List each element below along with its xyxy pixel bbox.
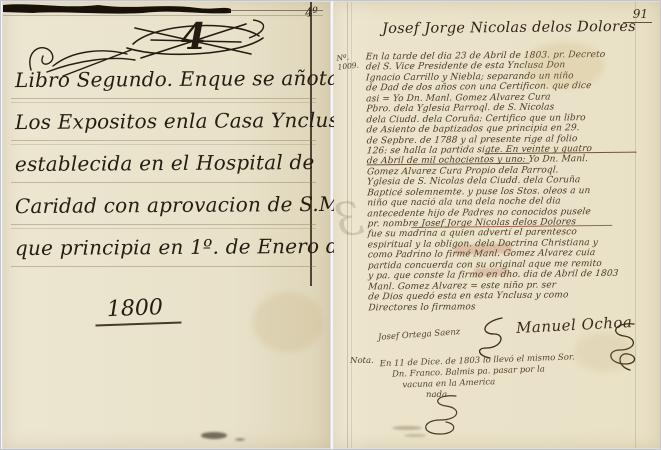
manuscript-line: Directores lo firmamos — [368, 300, 641, 313]
title-line: que principia en 1º. de Enero de — [15, 225, 323, 269]
manuscript-scan: 4º 4 Libro Segundo. Enque se añotan Los … — [0, 0, 661, 450]
red-stamp-bleed — [474, 267, 508, 276]
title-line: establecida en el Hospital de — [15, 141, 323, 185]
red-stamp-bleed — [454, 243, 512, 255]
title-line: Caridad con aprovacion de S.M. — [15, 183, 323, 227]
left-page: 4º 4 Libro Segundo. Enque se añotan Los … — [3, 2, 330, 448]
ink-smudge — [235, 438, 245, 441]
title-line: Libro Segundo. Enque se añotan — [15, 57, 323, 101]
paper-stain — [574, 332, 634, 372]
signature-secretary: Josef Ortega Saenz — [378, 327, 461, 343]
signature-rubric-icon — [472, 314, 512, 360]
ink-smudge — [201, 432, 227, 439]
bleedthrough-numeral: 3 — [331, 191, 366, 248]
note-label: Nota. — [350, 356, 374, 366]
note-rubric-icon — [412, 394, 472, 438]
title-block: Libro Segundo. Enque se añotan Los Expos… — [15, 58, 323, 268]
paper-stain — [524, 42, 604, 88]
entry-heading: Josef Jorge Nicolas delos Dolores — [374, 19, 644, 37]
title-line: Los Expositos enla Casa Ynclusa — [15, 99, 323, 143]
pencil-marks — [404, 434, 426, 437]
pencil-marks — [392, 426, 422, 430]
year-underlined: 1800 — [95, 295, 182, 327]
right-page: 91 Josef Jorge Nicolas delos Dolores Nº.… — [334, 2, 660, 448]
paper-stain — [253, 292, 323, 352]
